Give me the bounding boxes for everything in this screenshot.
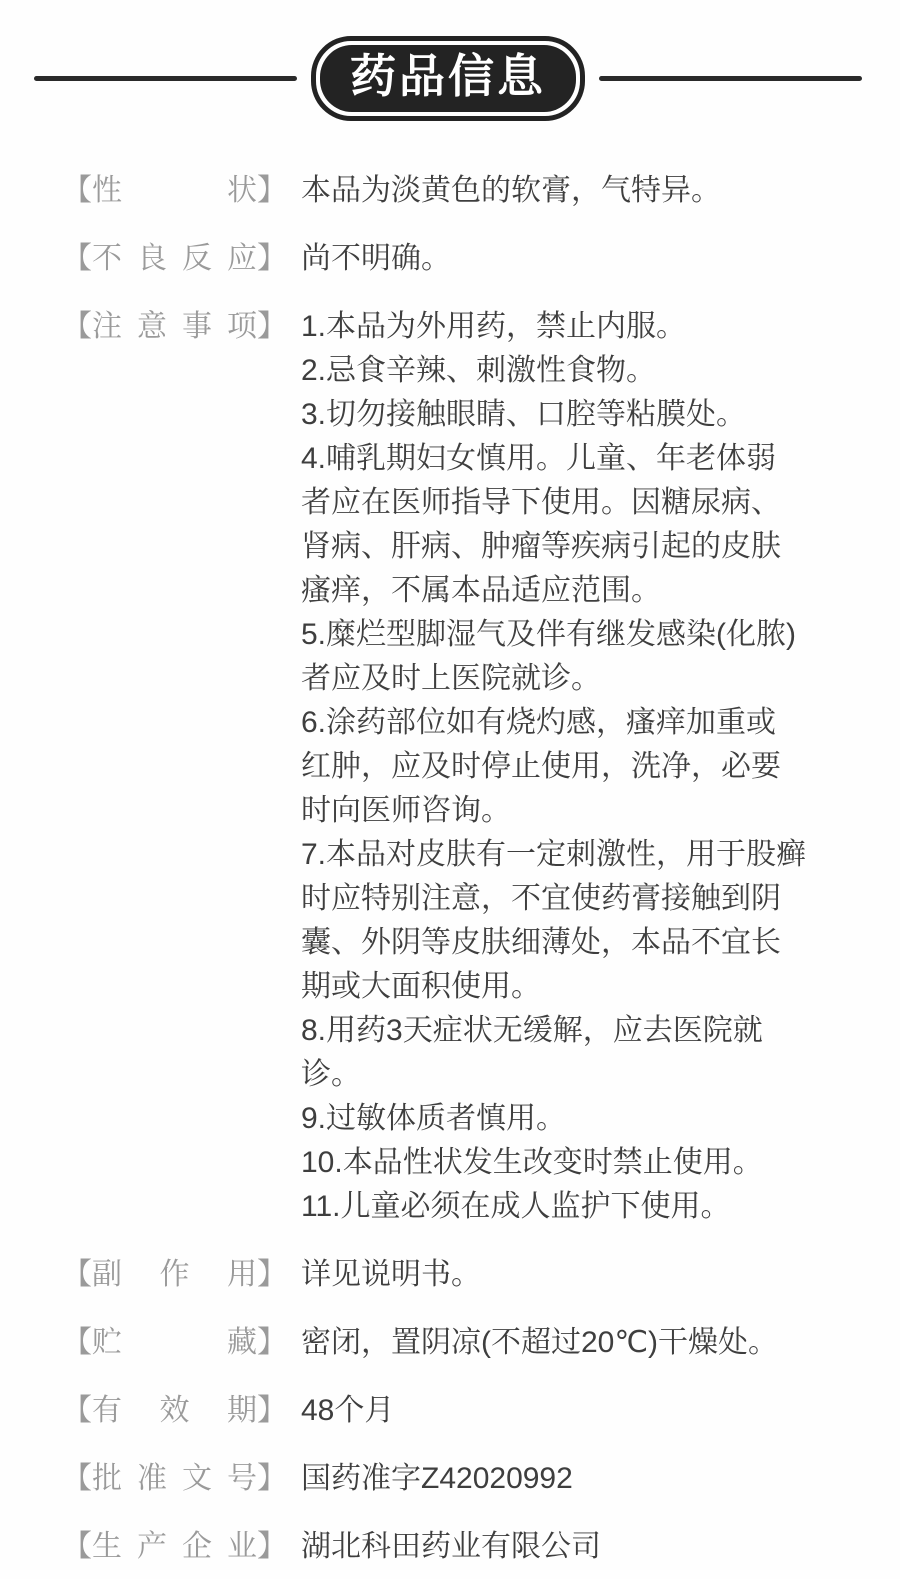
field-value-line: 诊。 bbox=[301, 1053, 860, 1097]
bracket-open: 【 bbox=[62, 305, 92, 349]
field-value: 本品为淡黄色的软膏，气特异。 bbox=[287, 169, 860, 213]
bracket-open: 【 bbox=[62, 237, 92, 281]
drug-info-page: 药品信息 【 性状 】 本品为淡黄色的软膏，气特异。 【 不良反应 】 尚不明确… bbox=[0, 0, 900, 1579]
field-label: 【 副作用 】 bbox=[62, 1253, 287, 1297]
field-label-text: 注意事项 bbox=[92, 305, 257, 349]
field-value-line: 4.哺乳期妇女慎用。儿童、年老体弱 bbox=[301, 437, 860, 481]
bracket-close: 】 bbox=[257, 1321, 287, 1365]
bracket-close: 】 bbox=[257, 1253, 287, 1297]
field-value: 湖北科田药业有限公司 bbox=[287, 1525, 860, 1569]
header-line-right bbox=[599, 76, 862, 81]
field-value-line: 期或大面积使用。 bbox=[301, 965, 860, 1009]
field-label-text: 副作用 bbox=[92, 1253, 257, 1297]
field-value-line: 时向医师咨询。 bbox=[301, 789, 860, 833]
field-value: 尚不明确。 bbox=[287, 237, 860, 281]
field-value-line: 国药准字Z42020992 bbox=[301, 1457, 860, 1501]
info-section: 【 贮藏 】 密闭，置阴凉(不超过20℃)干燥处。 bbox=[62, 1321, 860, 1365]
info-section: 【 不良反应 】 尚不明确。 bbox=[62, 237, 860, 281]
field-label-text: 不良反应 bbox=[92, 237, 257, 281]
field-label: 【 性状 】 bbox=[62, 169, 287, 213]
bracket-close: 】 bbox=[257, 1457, 287, 1501]
field-value-line: 本品为淡黄色的软膏，气特异。 bbox=[301, 169, 860, 213]
bracket-open: 【 bbox=[62, 169, 92, 213]
bracket-close: 】 bbox=[257, 169, 287, 213]
field-value-line: 密闭，置阴凉(不超过20℃)干燥处。 bbox=[301, 1321, 860, 1365]
field-value-line: 7.本品对皮肤有一定刺激性，用于股癣 bbox=[301, 833, 860, 877]
bracket-open: 【 bbox=[62, 1457, 92, 1501]
field-label: 【 不良反应 】 bbox=[62, 237, 287, 281]
field-value-line: 瘙痒，不属本品适应范围。 bbox=[301, 569, 860, 613]
field-label: 【 有效期 】 bbox=[62, 1389, 287, 1433]
field-value-line: 9.过敏体质者慎用。 bbox=[301, 1097, 860, 1141]
field-value: 密闭，置阴凉(不超过20℃)干燥处。 bbox=[287, 1321, 860, 1365]
info-sections: 【 性状 】 本品为淡黄色的软膏，气特异。 【 不良反应 】 尚不明确。 【 注… bbox=[0, 121, 900, 1569]
field-value-line: 详见说明书。 bbox=[301, 1253, 860, 1297]
field-value-line: 囊、外阴等皮肤细薄处，本品不宜长 bbox=[301, 921, 860, 965]
field-value-line: 5.糜烂型脚湿气及伴有继发感染(化脓) bbox=[301, 613, 860, 657]
field-value-line: 者应在医师指导下使用。因糖尿病、 bbox=[301, 481, 860, 525]
field-value-line: 6.涂药部位如有烧灼感，瘙痒加重或 bbox=[301, 701, 860, 745]
field-label: 【 注意事项 】 bbox=[62, 305, 287, 349]
bracket-open: 【 bbox=[62, 1525, 92, 1569]
field-value-line: 10.本品性状发生改变时禁止使用。 bbox=[301, 1141, 860, 1185]
field-value-line: 时应特别注意，不宜使药膏接触到阴 bbox=[301, 877, 860, 921]
bracket-open: 【 bbox=[62, 1321, 92, 1365]
field-value-line: 尚不明确。 bbox=[301, 237, 860, 281]
info-section: 【 生产企业 】 湖北科田药业有限公司 bbox=[62, 1525, 860, 1569]
bracket-open: 【 bbox=[62, 1253, 92, 1297]
field-label-text: 有效期 bbox=[92, 1389, 257, 1433]
field-value-line: 肾病、肝病、肿瘤等疾病引起的皮肤 bbox=[301, 525, 860, 569]
field-label: 【 贮藏 】 bbox=[62, 1321, 287, 1365]
field-label-text: 性状 bbox=[92, 169, 257, 213]
info-section: 【 批准文号 】 国药准字Z42020992 bbox=[62, 1457, 860, 1501]
field-value-line: 1.本品为外用药，禁止内服。 bbox=[301, 305, 860, 349]
info-section: 【 注意事项 】 1.本品为外用药，禁止内服。2.忌食辛辣、刺激性食物。3.切勿… bbox=[62, 305, 860, 1229]
field-label-text: 批准文号 bbox=[92, 1457, 257, 1501]
field-value-line: 红肿，应及时停止使用，洗净，必要 bbox=[301, 745, 860, 789]
header: 药品信息 bbox=[0, 0, 900, 121]
field-value-line: 湖北科田药业有限公司 bbox=[301, 1525, 860, 1569]
field-value: 详见说明书。 bbox=[287, 1253, 860, 1297]
field-label-text: 生产企业 bbox=[92, 1525, 257, 1569]
title-badge-inner: 药品信息 bbox=[320, 45, 576, 112]
field-value: 1.本品为外用药，禁止内服。2.忌食辛辣、刺激性食物。3.切勿接触眼睛、口腔等粘… bbox=[287, 305, 860, 1229]
field-value-line: 者应及时上医院就诊。 bbox=[301, 657, 860, 701]
page-title: 药品信息 bbox=[350, 51, 546, 102]
bracket-close: 】 bbox=[257, 1525, 287, 1569]
field-value-line: 2.忌食辛辣、刺激性食物。 bbox=[301, 349, 860, 393]
bracket-close: 】 bbox=[257, 237, 287, 281]
field-value-line: 11.儿童必须在成人监护下使用。 bbox=[301, 1185, 860, 1229]
bracket-close: 】 bbox=[257, 305, 287, 349]
bracket-close: 】 bbox=[257, 1389, 287, 1433]
info-section: 【 有效期 】 48个月 bbox=[62, 1389, 860, 1433]
header-line-left bbox=[34, 76, 297, 81]
field-value: 48个月 bbox=[287, 1389, 860, 1433]
info-section: 【 性状 】 本品为淡黄色的软膏，气特异。 bbox=[62, 169, 860, 213]
field-value-line: 48个月 bbox=[301, 1389, 860, 1433]
field-label: 【 批准文号 】 bbox=[62, 1457, 287, 1501]
title-badge: 药品信息 bbox=[311, 36, 585, 121]
info-section: 【 副作用 】 详见说明书。 bbox=[62, 1253, 860, 1297]
field-value-line: 3.切勿接触眼睛、口腔等粘膜处。 bbox=[301, 393, 860, 437]
field-label: 【 生产企业 】 bbox=[62, 1525, 287, 1569]
field-value: 国药准字Z42020992 bbox=[287, 1457, 860, 1501]
field-value-line: 8.用药3天症状无缓解，应去医院就 bbox=[301, 1009, 860, 1053]
field-label-text: 贮藏 bbox=[92, 1321, 257, 1365]
bracket-open: 【 bbox=[62, 1389, 92, 1433]
